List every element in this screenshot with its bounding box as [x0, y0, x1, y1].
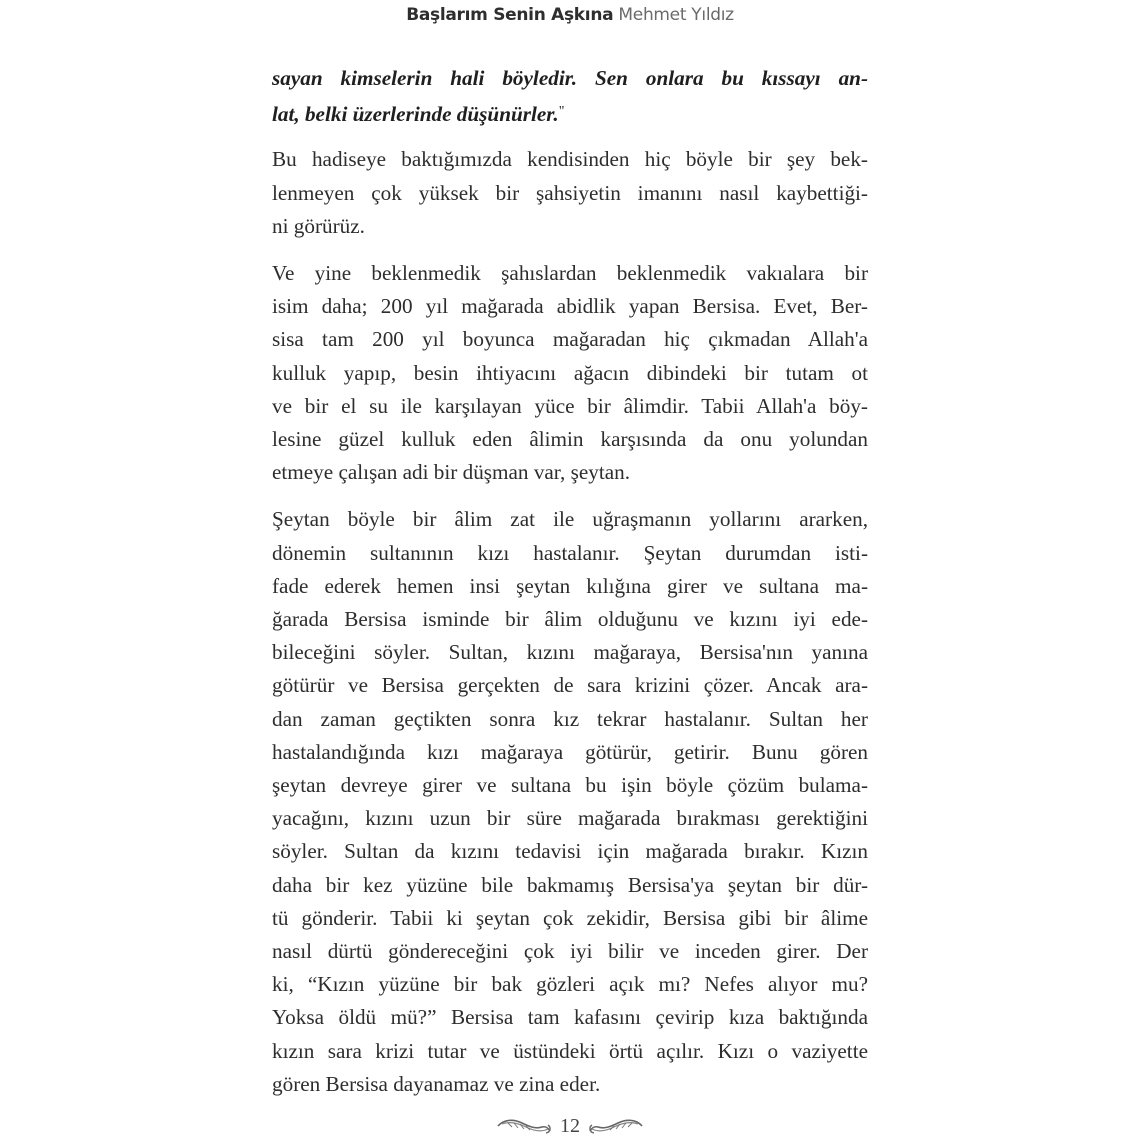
text-line: dan zaman geçtikten sonra kız tekrar has… — [272, 703, 868, 736]
text-line: dönemin sultanının kızı hastalanır. Şeyt… — [272, 537, 868, 570]
text-line: tü gönderir. Tabii ki şeytan çok zekidir… — [272, 902, 868, 935]
paragraph: Bu hadiseye baktığımızda kendisinden hiç… — [272, 143, 868, 243]
text-line: yacağını, kızını uzun bir süre mağarada … — [272, 802, 868, 835]
text-line: daha bir kez yüzüne bile bakmamış Bersis… — [272, 869, 868, 902]
page-body: sayan kimselerin hali böyledir. Sen onla… — [272, 62, 868, 1115]
closing-quote: " — [559, 104, 565, 119]
text-line: lenmeyen çok yüksek bir şahsiyetin imanı… — [272, 177, 868, 210]
text-line: nasıl dürtü göndereceğini çok iyi bilir … — [272, 935, 868, 968]
flourish-left-icon — [496, 1117, 552, 1135]
running-header: Başlarım Senin Aşkına Mehmet Yıldız — [0, 2, 1140, 28]
text-line: sisa tam 200 yıl boyunca mağaradan hiç ç… — [272, 323, 868, 356]
text-line: lat, belki üzerlerinde düşünürler." — [272, 95, 868, 131]
text-line: Bu hadiseye baktığımızda kendisinden hiç… — [272, 143, 868, 176]
text-line: gören Bersisa dayanamaz ve zina eder. — [272, 1068, 868, 1101]
text-line: kulluk yapıp, besin ihtiyacını ağacın di… — [272, 357, 868, 390]
text-line: Ve yine beklenmedik şahıslardan beklenme… — [272, 257, 868, 290]
text-line: kızın sara krizi tutar ve üstündeki örtü… — [272, 1035, 868, 1068]
text-line: şeytan devreye girer ve sultana bu işin … — [272, 769, 868, 802]
book-title: Başlarım Senin Aşkına — [406, 5, 613, 25]
text-line: sayan kimselerin hali böyledir. Sen onla… — [272, 62, 868, 95]
text-line: Şeytan böyle bir âlim zat ile uğraşmanın… — [272, 503, 868, 536]
text-line: lesine güzel kulluk eden âlimin karşısın… — [272, 423, 868, 456]
text-line: isim daha; 200 yıl mağarada abidlik yapa… — [272, 290, 868, 323]
text-line: ve bir el su ile karşılayan yüce bir âli… — [272, 390, 868, 423]
text-line: ki, “Kızın yüzüne bir bak gözleri açık m… — [272, 968, 868, 1001]
text-line: Yoksa öldü mü?” Bersisa tam kafasını çev… — [272, 1001, 868, 1034]
text-line: bileceğini söyler. Sultan, kızını mağara… — [272, 636, 868, 669]
text-line: ğarada Bersisa isminde bir âlim olduğunu… — [272, 603, 868, 636]
text-line: fade ederek hemen insi şeytan kılığına g… — [272, 570, 868, 603]
text-line: hastalandığında kızı mağaraya götürür, g… — [272, 736, 868, 769]
paragraph: Şeytan böyle bir âlim zat ile uğraşmanın… — [272, 503, 868, 1101]
text-line: söyler. Sultan da kızını tedavisi için m… — [272, 835, 868, 868]
text-line: etmeye çalışan adi bir düşman var, şeyta… — [272, 456, 868, 489]
flourish-right-icon — [588, 1117, 644, 1135]
page-footer: 12 — [0, 1116, 1140, 1136]
quote-ending-paragraph: sayan kimselerin hali böyledir. Sen onla… — [272, 62, 868, 131]
text-line: götürür ve Bersisa gerçekten de sara kri… — [272, 669, 868, 702]
author-name: Mehmet Yıldız — [618, 5, 733, 25]
page-number: 12 — [560, 1116, 580, 1136]
text-line: ni görürüz. — [272, 210, 868, 243]
paragraph: Ve yine beklenmedik şahıslardan beklenme… — [272, 257, 868, 489]
